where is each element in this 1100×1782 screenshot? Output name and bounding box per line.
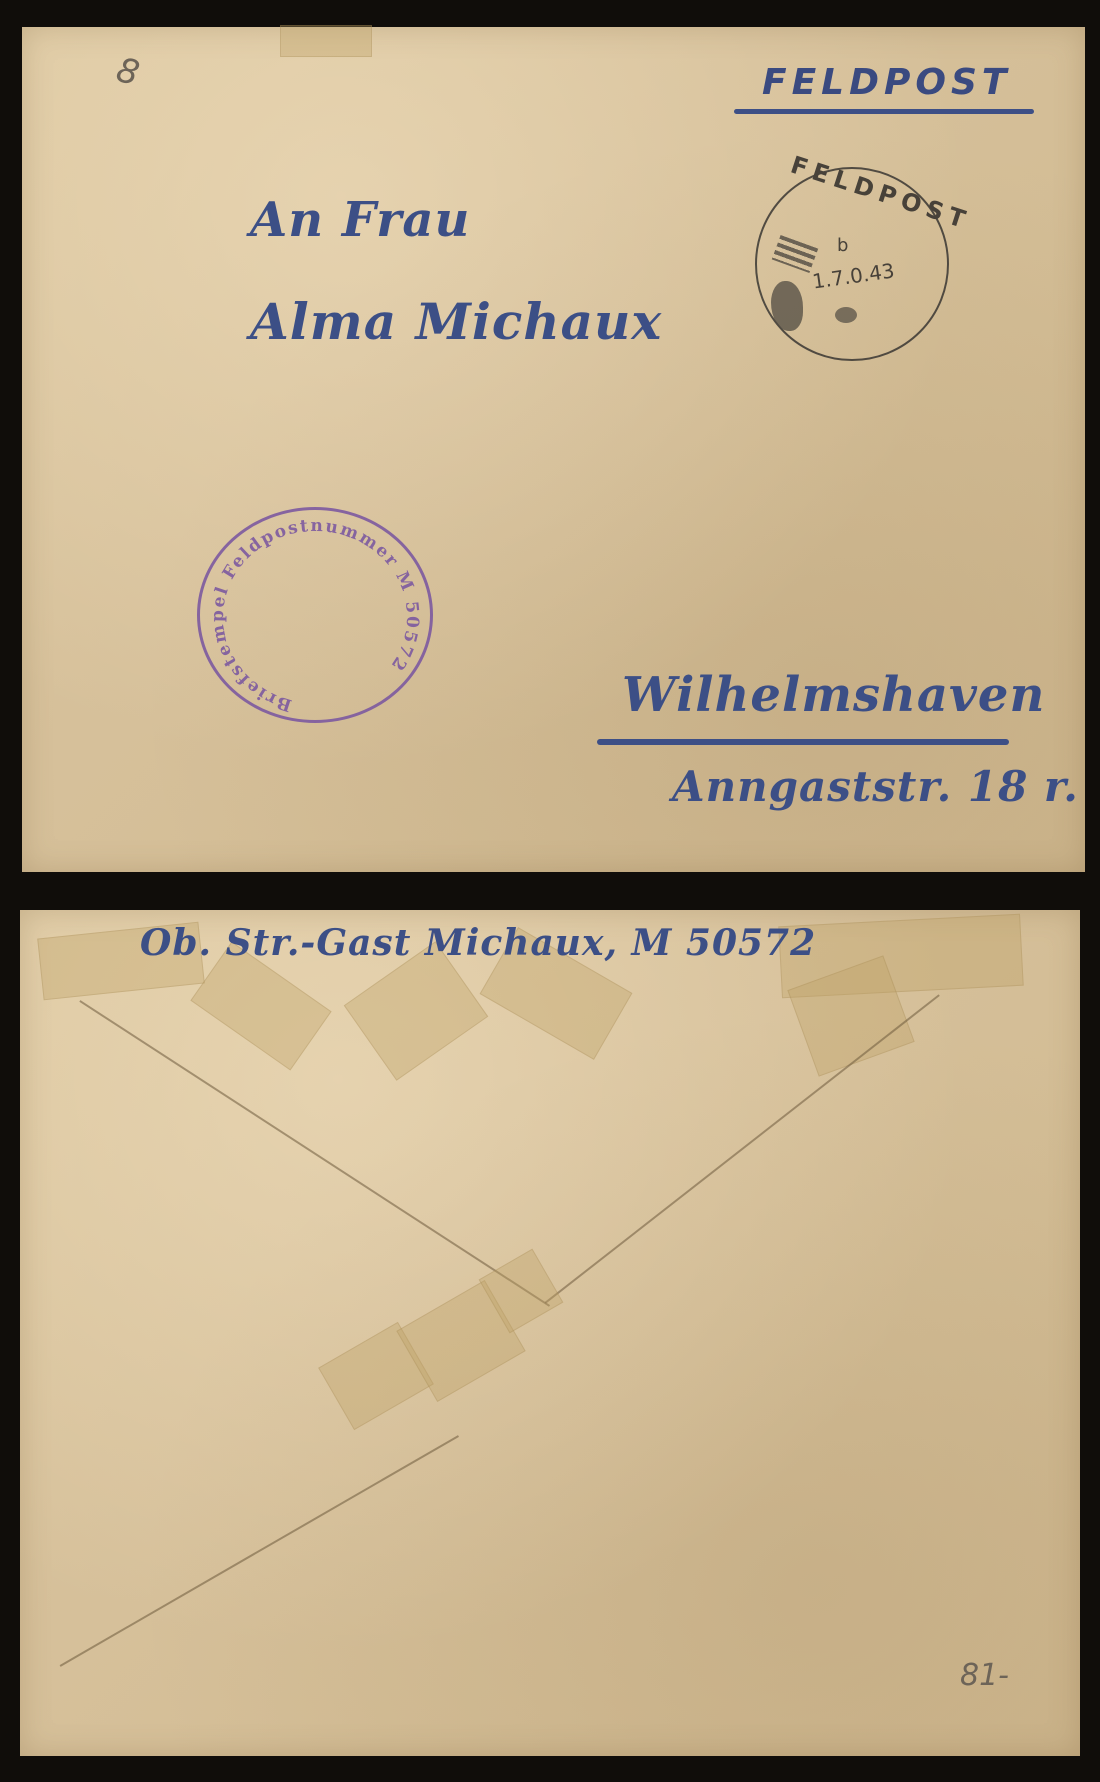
sender-line: Ob. Str.-Gast Michaux, M 50572	[140, 922, 816, 964]
violet-unit-stamp: Briefstempel Feldpostnummer M 50572	[197, 507, 433, 723]
feldpost-underline	[734, 109, 1034, 114]
city-underline	[597, 739, 1009, 745]
swastika-smudge-icon	[835, 307, 857, 323]
envelope-back: Ob. Str.-Gast Michaux, M 50572 81-	[20, 910, 1080, 1756]
stamp-ring-text-icon: Briefstempel Feldpostnummer M 50572	[197, 507, 433, 723]
pencil-mark: 8	[112, 50, 143, 94]
flap-fold-lower-left	[60, 1435, 459, 1666]
envelope-front: 8 FELDPOST FELDPOST b 1.7.0.43 An Frau A…	[22, 27, 1085, 872]
street-address: Anngaststr. 18 r.	[672, 762, 1079, 811]
city-name: Wilhelmshaven	[622, 667, 1045, 723]
postmark-date: 1.7.0.43	[811, 258, 896, 293]
eagle-emblem-icon	[771, 281, 803, 331]
pencil-price: 81-	[960, 1658, 1009, 1693]
postmark-arc-text: FELDPOST	[787, 151, 974, 236]
feldpost-label: FELDPOST	[762, 62, 1011, 103]
recipient-line-2: Alma Michaux	[250, 292, 662, 351]
feldpost-postmark: FELDPOST b 1.7.0.43	[755, 167, 949, 361]
tape-strip	[280, 25, 372, 57]
postmark-bars	[772, 235, 818, 273]
postmark-letter: b	[837, 235, 848, 256]
svg-text:Briefstempel Feldpostnummer M: Briefstempel Feldpostnummer M 50572	[208, 516, 422, 715]
flap-fold-left	[80, 1000, 550, 1306]
recipient-line-1: An Frau	[250, 192, 470, 248]
